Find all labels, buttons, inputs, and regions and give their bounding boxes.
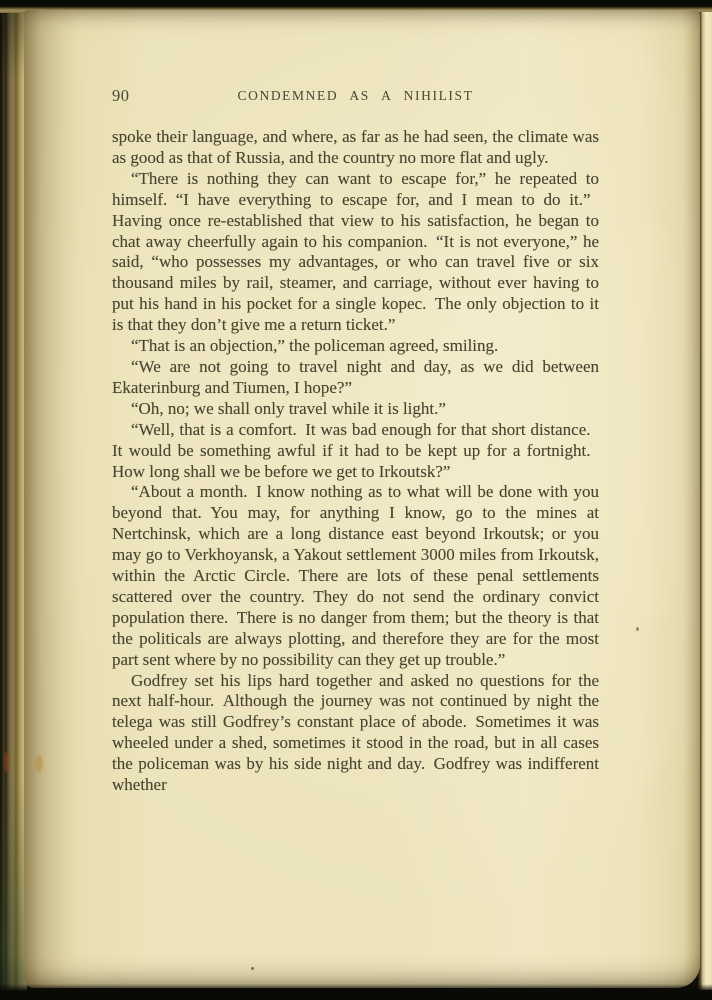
book-page: 90 CONDEMNED AS A NIHILIST spoke their l… (24, 10, 700, 988)
paragraph: “There is nothing they can want to escap… (112, 169, 599, 336)
paragraph: “Well, that is a comfort. It was bad eno… (112, 420, 599, 483)
foxing-spot (35, 755, 43, 772)
rust-mark (4, 752, 9, 772)
page-text: spoke their language, and where, as far … (112, 127, 599, 796)
paragraph: “About a month. I know nothing as to wha… (112, 482, 599, 670)
page-header: 90 CONDEMNED AS A NIHILIST (112, 86, 599, 108)
paragraph: Godfrey set his lips hard together and a… (112, 671, 599, 796)
foxing-spot (251, 967, 254, 970)
paragraph: “We are not going to travel night and da… (112, 357, 599, 399)
book-bottom-edge (0, 984, 712, 1000)
paragraph: “Oh, no; we shall only travel while it i… (112, 399, 599, 420)
next-page-fore-edge (698, 12, 712, 990)
paragraph: “That is an objection,” the policeman ag… (112, 336, 599, 357)
book-left-page-edges (0, 8, 27, 994)
page-number: 90 (112, 86, 130, 106)
running-title: CONDEMNED AS A NIHILIST (112, 86, 599, 104)
paragraph: spoke their language, and where, as far … (112, 127, 599, 169)
foxing-spot (636, 627, 639, 631)
book-scan: 90 CONDEMNED AS A NIHILIST spoke their l… (0, 0, 712, 1000)
